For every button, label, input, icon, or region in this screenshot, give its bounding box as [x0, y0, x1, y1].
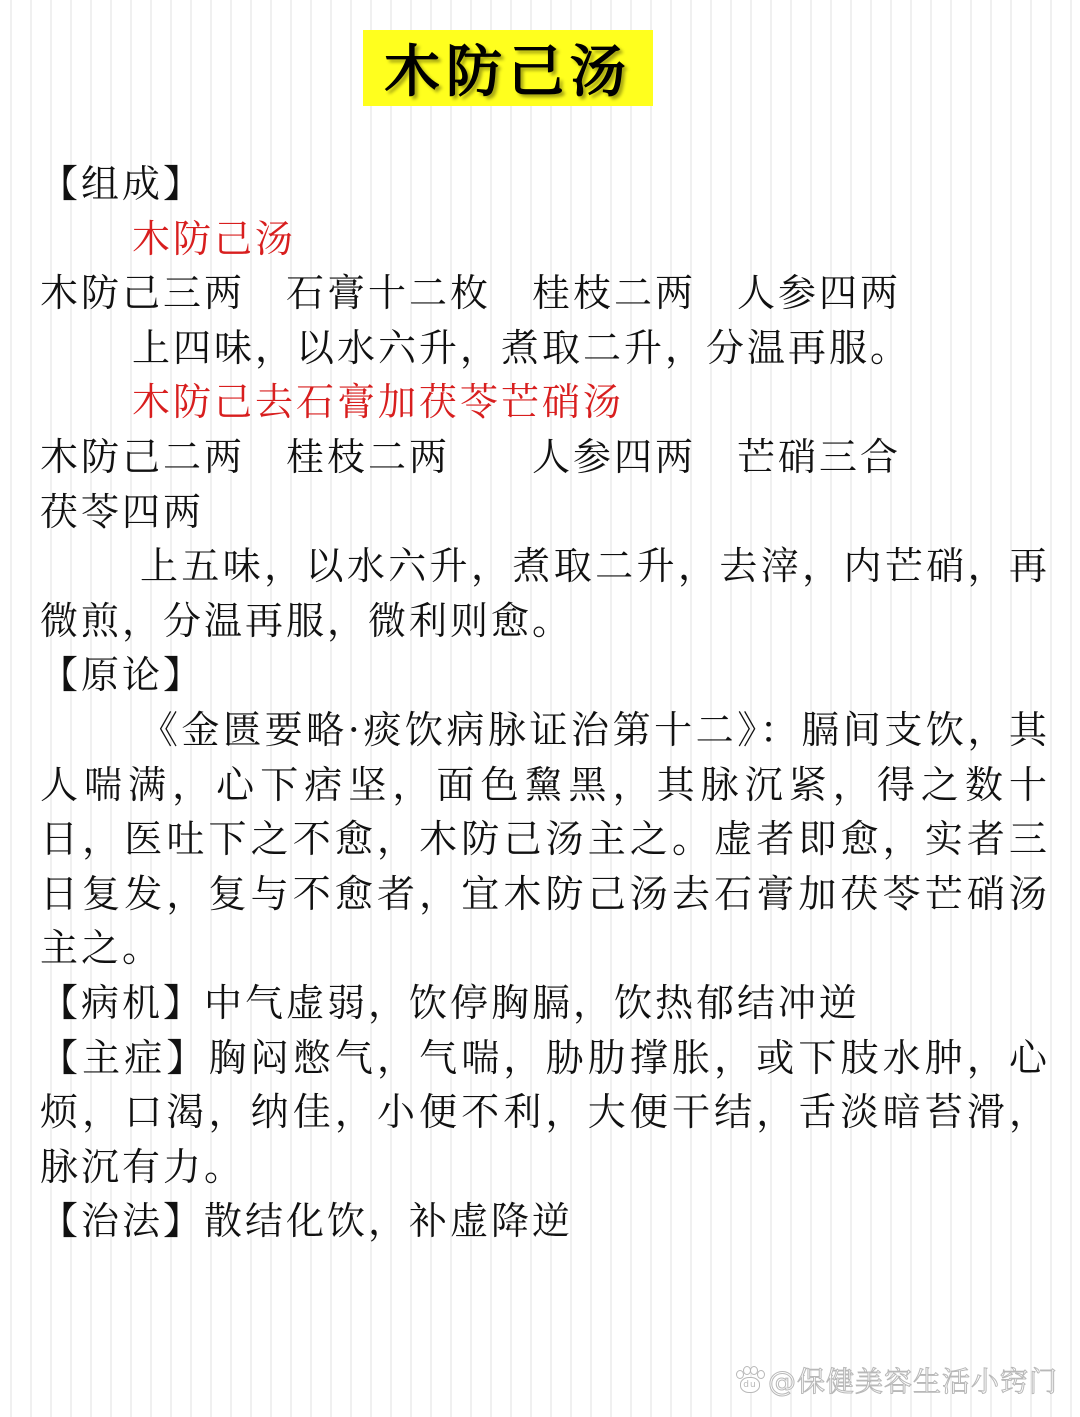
section-treatment: 【治法】散结化饮，补虚降逆 [40, 1194, 1050, 1249]
watermark: du @保健美容生活小窍门 [734, 1360, 1058, 1400]
formula-name-2: 木防己去石膏加茯苓芒硝汤 [40, 375, 1050, 430]
section-header-composition: 【组成】 [40, 157, 1050, 212]
baidu-paw-icon: du [734, 1366, 764, 1394]
pathogenesis-text: 中气虚弱，饮停胸膈，饮热郁结冲逆 [204, 981, 860, 1025]
title-banner: 木防己汤 [363, 30, 653, 106]
section-header-original: 【原论】 [40, 648, 1050, 703]
treatment-text: 散结化饮，补虚降逆 [204, 1199, 573, 1243]
formula-method-2: 上五味，以水六升，煮取二升，去滓，内芒硝，再微煎，分温再服，微利则愈。 [40, 539, 1050, 648]
formula-ingredients-1: 木防己三两 石膏十二枚 桂枝二两 人参四两 [40, 266, 1050, 321]
section-pathogenesis: 【病机】中气虚弱，饮停胸膈，饮热郁结冲逆 [40, 976, 1050, 1031]
page-title: 木防己汤 [384, 28, 632, 108]
watermark-text: @保健美容生活小窍门 [768, 1360, 1058, 1400]
document-body: 【组成】 木防己汤 木防己三两 石膏十二枚 桂枝二两 人参四两 上四味，以水六升… [40, 157, 1050, 1249]
section-header-symptoms: 【主症】 [40, 1036, 209, 1080]
section-header-pathogenesis: 【病机】 [40, 981, 204, 1025]
original-text: 《金匮要略·痰饮病脉证治第十二》：膈间支饮，其人喘满，心下痞坚，面色黧黑，其脉沉… [40, 703, 1050, 976]
section-symptoms: 【主症】胸闷憋气，气喘，胁肋撑胀，或下肢水肿，心烦，口渴，纳佳，小便不利，大便干… [40, 1031, 1050, 1195]
formula-ingredients-2a: 木防己二两 桂枝二两 人参四两 芒硝三合 [40, 430, 1050, 485]
formula-ingredients-2b: 茯苓四两 [40, 485, 1050, 540]
section-header-treatment: 【治法】 [40, 1199, 204, 1243]
formula-method-1: 上四味，以水六升，煮取二升，分温再服。 [40, 321, 1050, 376]
formula-name-1: 木防己汤 [40, 212, 1050, 267]
